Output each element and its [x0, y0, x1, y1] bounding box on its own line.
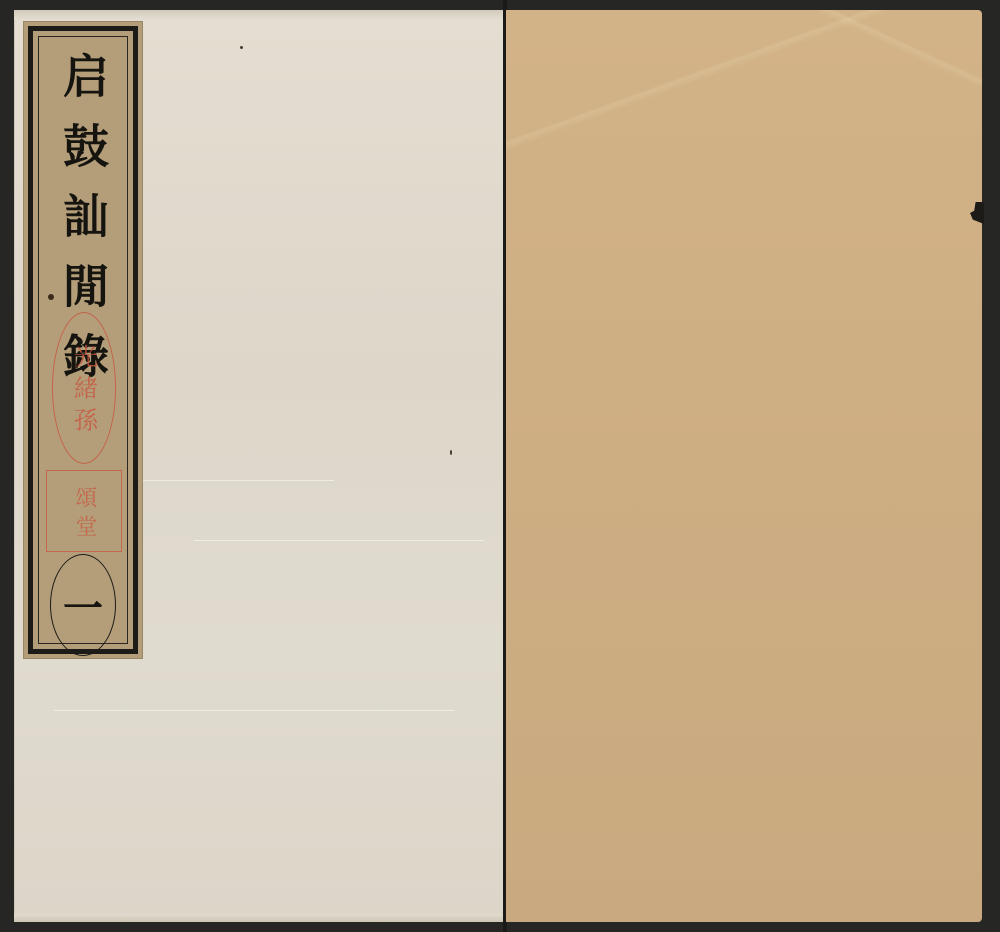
volume-number: 一: [63, 577, 103, 634]
title-slip-label: 启 鼓 訕 閒 錄 光 緒 孫 頌 堂 一: [24, 22, 142, 658]
label-stain: [48, 294, 54, 300]
paper-fold-lines: [506, 10, 982, 922]
inner-endpaper: [506, 10, 982, 922]
paper-crease: [194, 540, 484, 541]
volume-number-oval: 一: [50, 554, 116, 656]
oval-red-seal: 光 緒 孫: [52, 312, 116, 464]
paper-crease: [54, 710, 454, 711]
square-red-seal: 頌 堂: [46, 470, 122, 552]
book-spread: 启 鼓 訕 閒 錄 光 緒 孫 頌 堂 一: [0, 0, 1000, 932]
paper-speck: [240, 46, 243, 49]
paper-speck: [450, 450, 452, 455]
